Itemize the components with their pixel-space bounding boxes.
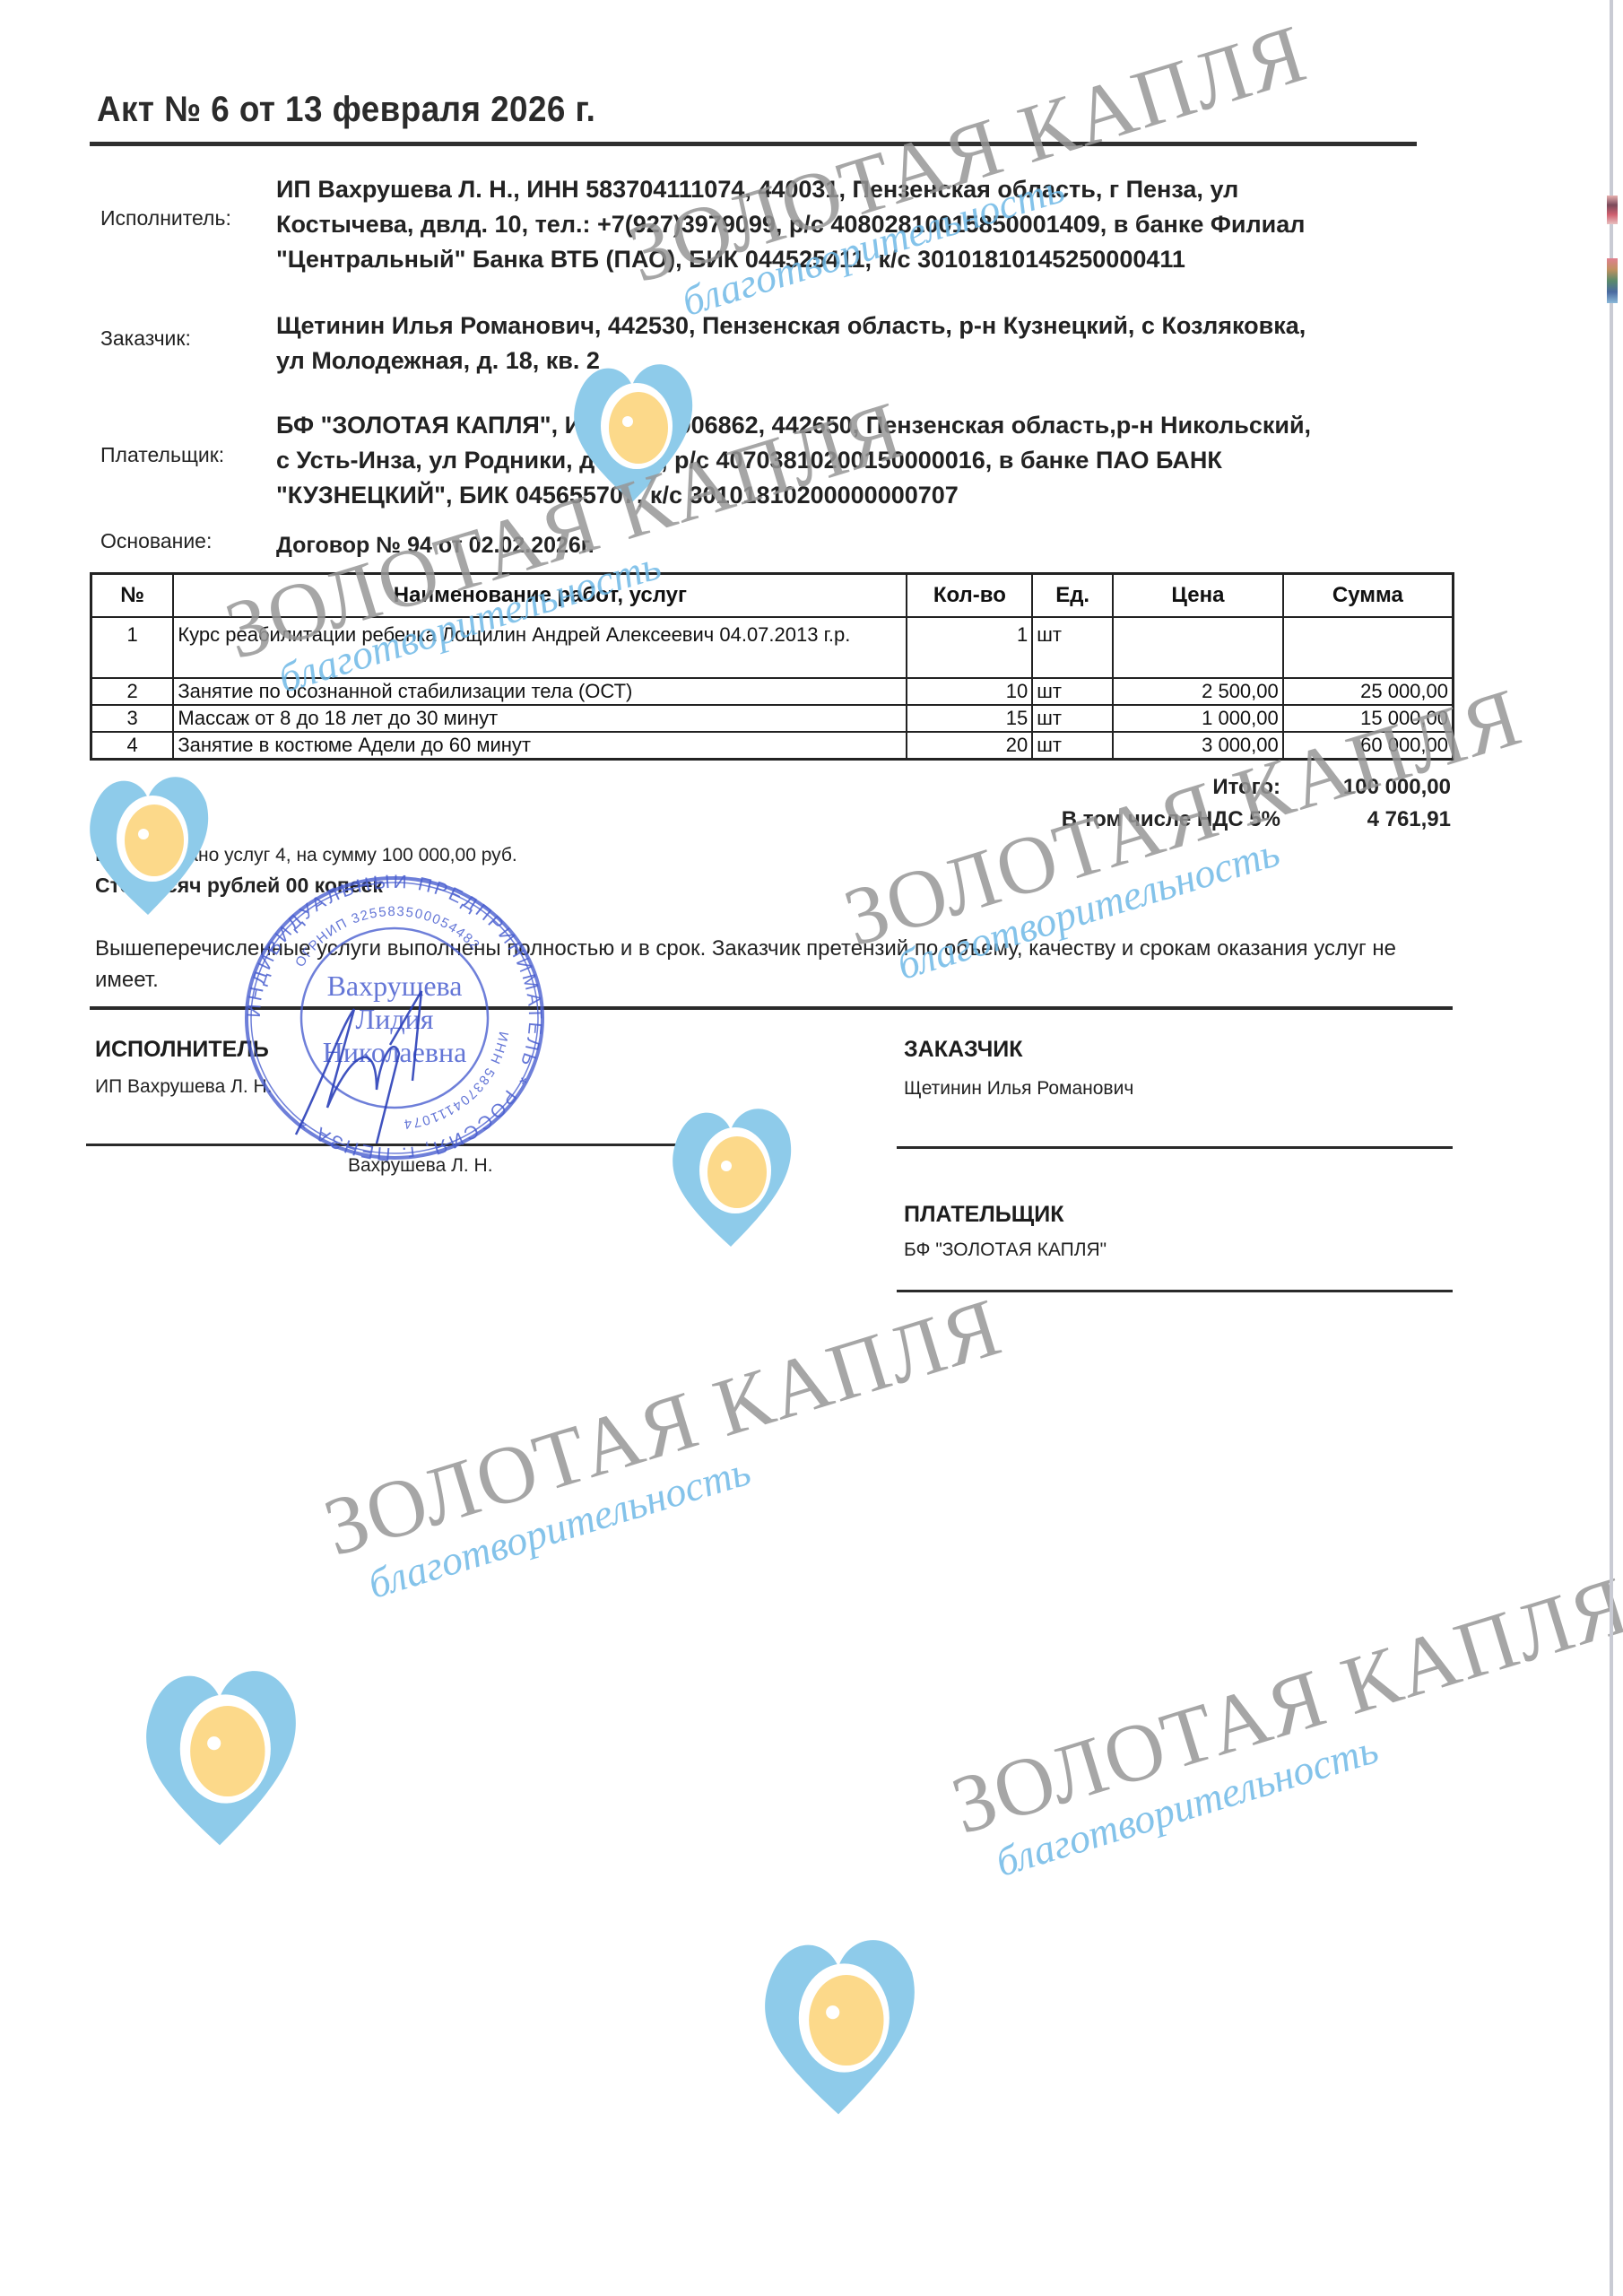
cell-name: Массаж от 8 до 18 лет до 30 минут	[173, 705, 907, 732]
cell-price: 1 000,00	[1113, 705, 1283, 732]
cell-name: Занятие по осознанной стабилизации тела …	[173, 678, 907, 705]
basis-label: Основание:	[100, 529, 212, 553]
stamp-surname: Вахрушева	[327, 970, 463, 1002]
heart-drop-icon	[664, 1085, 798, 1256]
cell-qty: 20	[907, 732, 1032, 760]
cell-number: 2	[91, 678, 174, 705]
services-table: № Наименование работ, услуг Кол-во Ед. Ц…	[90, 572, 1454, 761]
col-name: Наименование работ, услуг	[173, 574, 907, 618]
customer-details: Щетинин Илья Романович, 442530, Пензенск…	[276, 309, 1442, 378]
executor-label: Исполнитель:	[100, 206, 231, 230]
payer-signature-name: БФ "ЗОЛОТАЯ КАПЛЯ"	[904, 1239, 1107, 1261]
col-price: Цена	[1113, 574, 1283, 618]
payer-details: БФ "ЗОЛОТАЯ КАПЛЯ", ИНН 5826006862, 4426…	[276, 408, 1442, 513]
customer-label: Заказчик:	[100, 326, 191, 351]
payer-signature-heading: ПЛАТЕЛЬЩИК	[904, 1202, 1063, 1228]
payer-label: Плательщик:	[100, 443, 224, 467]
payer-signature-line	[897, 1290, 1453, 1292]
table-header-row: № Наименование работ, услуг Кол-во Ед. Ц…	[91, 574, 1454, 618]
table-row: 1 Курс реабилитации ребенка Лощилин Андр…	[91, 617, 1454, 678]
watermark-subtitle: благотворительность	[991, 1725, 1384, 1886]
cell-qty: 1	[907, 617, 1032, 678]
cell-sum: 25 000,00	[1283, 678, 1454, 705]
stamp-patronymic: Николаевна	[323, 1036, 467, 1068]
cell-unit: шт	[1032, 678, 1113, 705]
watermark-title: ЗОЛОТАЯ КАПЛЯ	[313, 1279, 1012, 1575]
cell-name: Курс реабилитации ребенка Лощилин Андрей…	[173, 617, 907, 678]
vat-label: В том числе НДС 5%	[1062, 807, 1280, 832]
cell-sum: 15 000,00	[1283, 705, 1454, 732]
cell-number: 3	[91, 705, 174, 732]
cell-qty: 15	[907, 705, 1032, 732]
cell-sum: 60 000,00	[1283, 732, 1454, 760]
watermark-subtitle: благотворительность	[363, 1447, 756, 1608]
scan-edge	[1610, 0, 1613, 2296]
cell-name: Занятие в костюме Адели до 60 минут	[173, 732, 907, 760]
heart-drop-icon	[81, 753, 215, 924]
executor-details: ИП Вахрушева Л. Н., ИНН 583704111074, 44…	[276, 172, 1442, 277]
cell-number: 1	[91, 617, 174, 678]
heart-drop-icon	[753, 1910, 924, 2126]
payer-line: БФ "ЗОЛОТАЯ КАПЛЯ", ИНН 5826006862, 4426…	[276, 408, 1442, 443]
cell-price	[1113, 617, 1283, 678]
cell-number: 4	[91, 732, 174, 760]
stamp-name: Лидия	[356, 1003, 434, 1035]
col-sum: Сумма	[1283, 574, 1454, 618]
col-qty: Кол-во	[907, 574, 1032, 618]
cell-qty: 10	[907, 678, 1032, 705]
table-row: 2 Занятие по осознанной стабилизации тел…	[91, 678, 1454, 705]
table-row: 3 Массаж от 8 до 18 лет до 30 минут 15 ш…	[91, 705, 1454, 732]
customer-signature-line	[897, 1146, 1453, 1149]
basis-value: Договор № 94 от 02.02.2026г.	[276, 533, 595, 559]
col-number: №	[91, 574, 174, 618]
customer-signature-name: Щетинин Илья Романович	[904, 1078, 1133, 1100]
services-summary: Всего оказано услуг 4, на сумму 100 000,…	[95, 845, 517, 866]
company-stamp: ИНДИВИДУАЛЬНЫЙ ПРЕДПРИНИМАТЕЛЬ * РОССИЯ,…	[242, 874, 547, 1161]
payer-line: с Усть-Инза, ул Родники, дом 65, р/с 407…	[276, 443, 1442, 478]
cell-price: 3 000,00	[1113, 732, 1283, 760]
executor-line: "Центральный" Банка ВТБ (ПАО), БИК 04452…	[276, 242, 1442, 277]
total-label: Итого:	[1212, 775, 1280, 800]
vat-value: 4 761,91	[1298, 807, 1451, 832]
cell-price: 2 500,00	[1113, 678, 1283, 705]
cell-unit: шт	[1032, 732, 1113, 760]
table-row: 4 Занятие в костюме Адели до 60 минут 20…	[91, 732, 1454, 760]
cell-unit: шт	[1032, 705, 1113, 732]
title-divider	[90, 142, 1417, 146]
customer-signature-heading: ЗАКАЗЧИК	[904, 1037, 1023, 1063]
customer-line: ул Молодежная, д. 18, кв. 2	[276, 344, 1442, 378]
col-unit: Ед.	[1032, 574, 1113, 618]
cell-sum	[1283, 617, 1454, 678]
document-title: Акт № 6 от 13 февраля 2026 г.	[97, 90, 595, 130]
total-value: 100 000,00	[1298, 775, 1451, 800]
executor-line: ИП Вахрушева Л. Н., ИНН 583704111074, 44…	[276, 172, 1442, 207]
scan-color-mark	[1607, 196, 1618, 224]
heart-drop-icon	[135, 1641, 305, 1857]
payer-line: "КУЗНЕЦКИЙ", БИК 045655707, к/с 30101810…	[276, 478, 1442, 513]
watermark-title: ЗОЛОТАЯ КАПЛЯ	[941, 1557, 1623, 1853]
customer-line: Щетинин Илья Романович, 442530, Пензенск…	[276, 309, 1442, 344]
scan-color-mark	[1607, 258, 1618, 303]
cell-unit: шт	[1032, 617, 1113, 678]
executor-line: Костычева, двлд. 10, тел.: +7(927)397909…	[276, 207, 1442, 242]
